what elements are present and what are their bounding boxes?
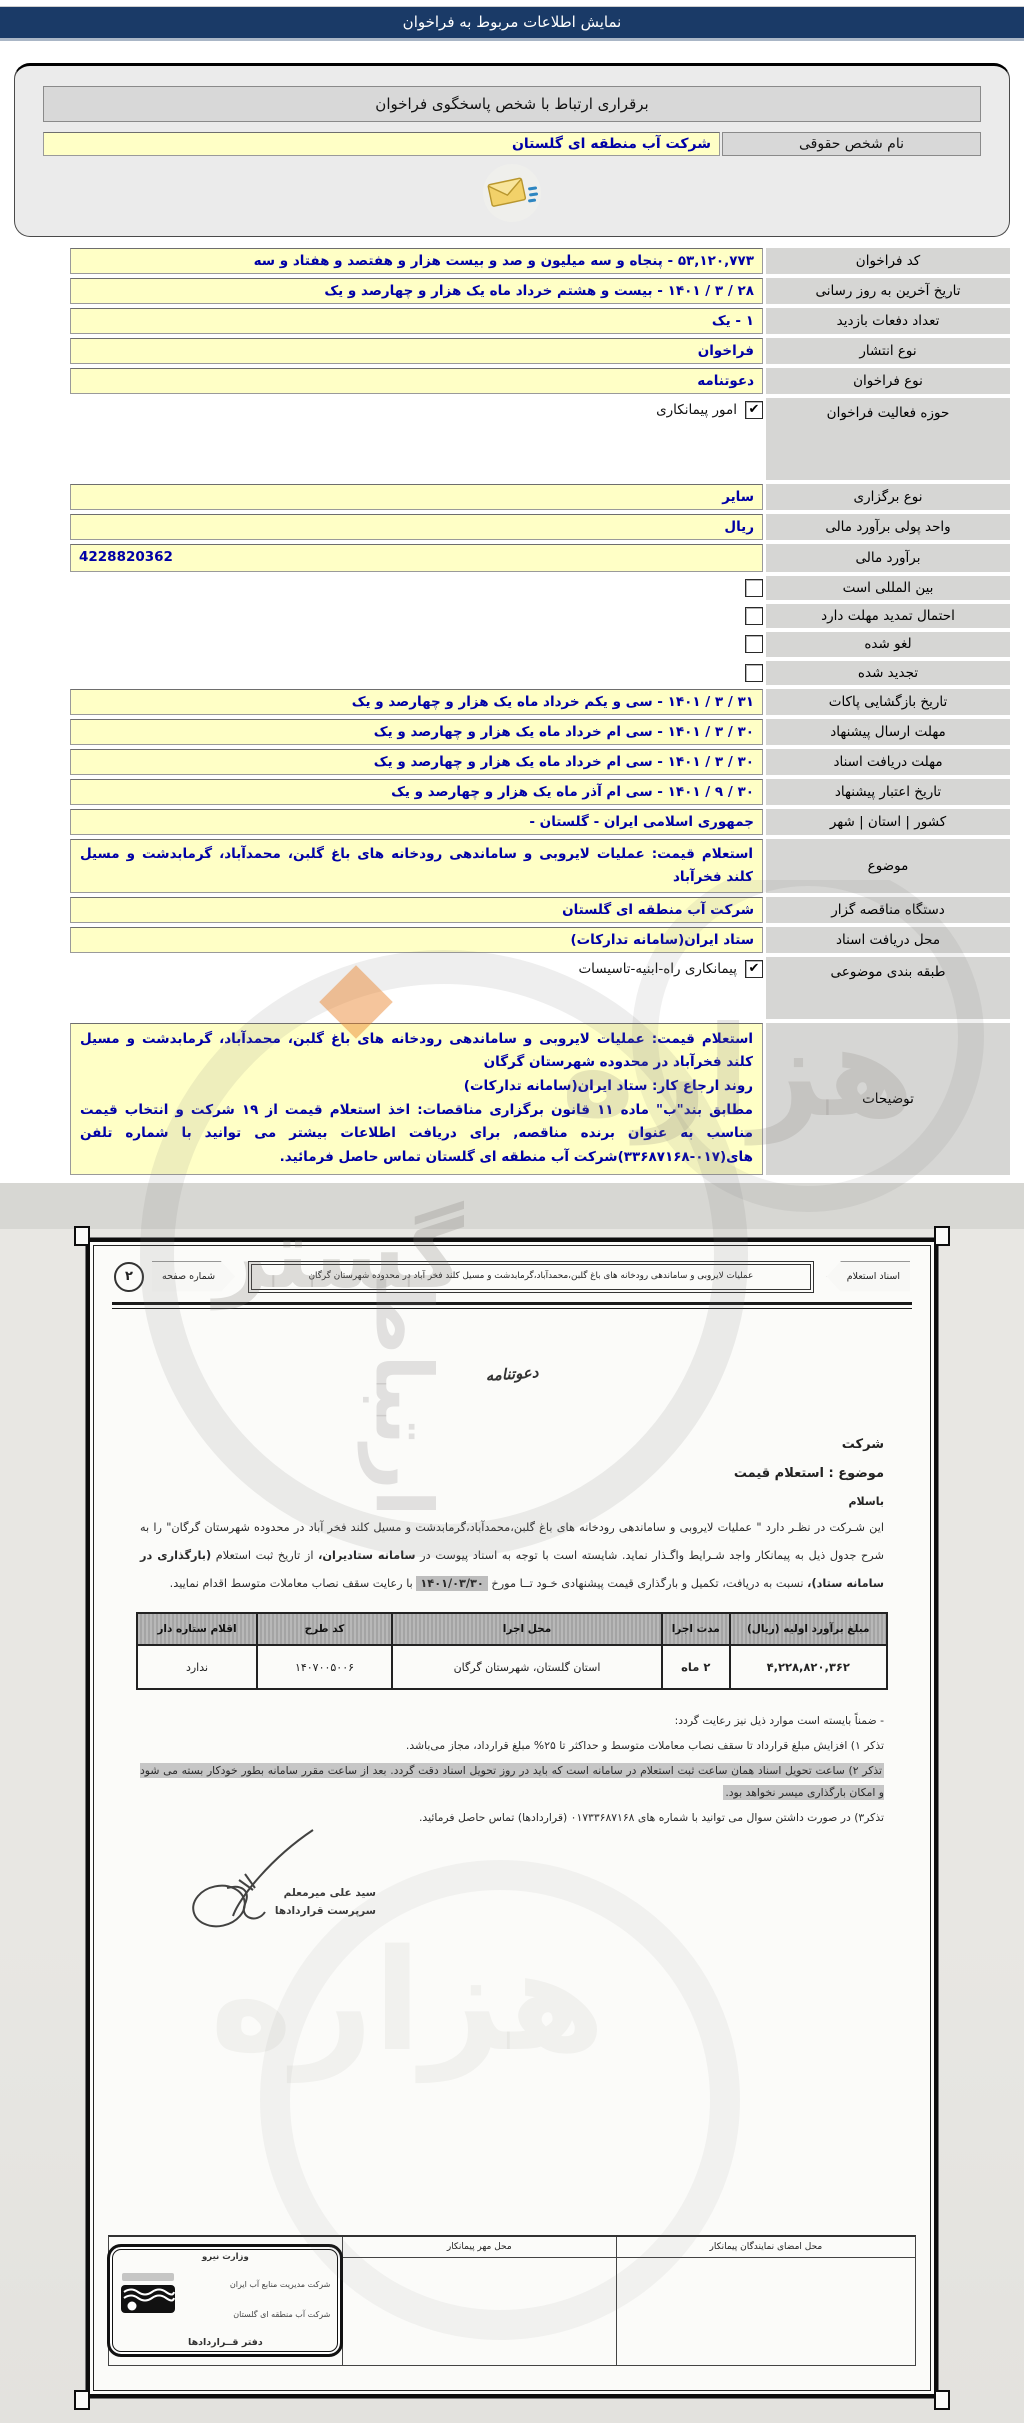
field-row-visit-count: تعداد دفعات بازدید ۱ - یک bbox=[70, 308, 1010, 334]
field-row-document-deadline: مهلت دریافت اسناد ۳۰ / ۳ / ۱۴۰۱ - سی ام … bbox=[70, 749, 1010, 775]
activity-area-checkbox[interactable] bbox=[745, 401, 763, 419]
col-duration: مدت اجرا bbox=[662, 1613, 730, 1645]
mail-envelope-icon bbox=[484, 169, 540, 217]
field-label: کشور | استان | شهر bbox=[766, 809, 1010, 835]
representatives-signature-header: محل امضای نمایندگان پیمانکار bbox=[617, 2237, 915, 2258]
field-row-publication-type: نوع انتشار فراخوان bbox=[70, 338, 1010, 364]
field-value[interactable]: استعلام قیمت: عملیات لایروبی و ساماندهی … bbox=[70, 1023, 763, 1175]
field-row-currency-unit: واحد پولی برآورد مالی ریال bbox=[70, 514, 1010, 540]
checkbox-wrap bbox=[745, 604, 763, 628]
mail-icon-wrap bbox=[43, 164, 981, 222]
contractor-seal-cell: محل مهر پیمانکار bbox=[343, 2237, 617, 2365]
field-row-proposal-deadline: مهلت ارسال پیشنهاد ۳۰ / ۳ / ۱۴۰۱ - سی ام… bbox=[70, 719, 1010, 745]
field-row-subject: موضوع استعلام قیمت: عملیات لایروبی و سام… bbox=[70, 839, 1010, 893]
signatory: سید علی میرمعلم سرپرست قراردادها bbox=[275, 1884, 376, 1922]
contact-panel-header: برقراری ارتباط با شخص پاسخگوی فراخوان bbox=[43, 86, 981, 122]
field-row-activity-area: حوزه فعالیت فراخوان امور پیمانکاری bbox=[70, 398, 1010, 480]
field-value[interactable]: جمهوری اسلامی ایران - گلستان - bbox=[70, 809, 763, 835]
checkbox-wrap bbox=[745, 661, 763, 685]
field-label: طبقه بندی موضوعی bbox=[766, 957, 1010, 1019]
agency-stamp-box: وزارت نیرو شرکت مدیریت منابع آب ایران شر… bbox=[107, 2244, 343, 2357]
contractor-seal-header: محل مهر پیمانکار bbox=[343, 2237, 616, 2258]
col-location: محل اجرا bbox=[392, 1613, 662, 1645]
field-label: واحد پولی برآورد مالی bbox=[766, 514, 1010, 540]
note-1: تذکر ۱) افزایش مبلغ قرارداد تا سقف نصاب … bbox=[140, 1735, 884, 1758]
col-plan-code: کد طرح bbox=[257, 1613, 392, 1645]
field-label: احتمال تمدید مهلت دارد bbox=[766, 604, 1010, 628]
signatory-title: سرپرست قراردادها bbox=[275, 1902, 376, 1921]
field-row-renewed: تجدید شده bbox=[70, 661, 1010, 685]
field-label: نوع فراخوان bbox=[766, 368, 1010, 394]
water-company-logo bbox=[120, 2273, 176, 2317]
letter-body-part: از تاریخ ثبت استعلام bbox=[211, 1549, 318, 1562]
field-label: تعداد دفعات بازدید bbox=[766, 308, 1010, 334]
estimate-table-data-row: ۴,۲۲۸,۸۲۰,۳۶۲ ۲ ماه استان گلستان، شهرستا… bbox=[137, 1645, 887, 1689]
contact-panel: برقراری ارتباط با شخص پاسخگوی فراخوان نا… bbox=[14, 63, 1010, 237]
doc-title-box: عملیات لایروبی و ساماندهی رودخانه های با… bbox=[251, 1264, 811, 1290]
representatives-signature-cell: محل امضای نمایندگان پیمانکار bbox=[617, 2237, 915, 2365]
call-info-form: کد فراخوان ۵۳,۱۲۰,۷۷۳ - پنجاه و سه میلیو… bbox=[70, 248, 1010, 1179]
handwritten-invitation-title: دعوتنامه bbox=[112, 1337, 911, 1411]
cell-initial-estimate: ۴,۲۲۸,۸۲۰,۳۶۲ bbox=[730, 1645, 888, 1689]
field-label: تاریخ آخرین به روز رسانی bbox=[766, 278, 1010, 304]
cell-plan-code: ۱۴۰۷۰۰۵۰۰۶ bbox=[257, 1645, 392, 1689]
scanned-letter-page: اسناد استعلام عملیات لایروبی و ساماندهی … bbox=[93, 1245, 931, 2391]
field-value[interactable]: ۳۰ / ۹ / ۱۴۰۱ - سی ام آذر ماه یک هزار و … bbox=[70, 779, 763, 805]
legal-person-value[interactable]: شرکت آب منطقه ای گلستان bbox=[43, 132, 720, 156]
legal-person-row: نام شخص حقوقی شرکت آب منطقه ای گلستان bbox=[43, 132, 981, 156]
letter-body-part: نسبت به دریافت، تکمیل و بارگذاری قیمت پی… bbox=[488, 1577, 807, 1590]
page-number-circle: ۲ bbox=[114, 1262, 144, 1292]
field-label: مهلت دریافت اسناد bbox=[766, 749, 1010, 775]
col-starred-items: اقلام ستاره دار bbox=[137, 1613, 257, 1645]
field-row-call-code: کد فراخوان ۵۳,۱۲۰,۷۷۳ - پنجاه و سه میلیو… bbox=[70, 248, 1010, 274]
field-value[interactable]: فراخوان bbox=[70, 338, 763, 364]
activity-area-option-label: امور پیمانکاری bbox=[656, 401, 737, 418]
field-label: توضیحات bbox=[766, 1023, 1010, 1175]
field-value[interactable]: ۳۰ / ۳ / ۱۴۰۱ - سی ام خرداد ماه یک هزار … bbox=[70, 719, 763, 745]
field-value[interactable]: ۳۰ / ۳ / ۱۴۰۱ - سی ام خرداد ماه یک هزار … bbox=[70, 749, 763, 775]
letter-salutation: باسلام bbox=[140, 1495, 884, 1508]
field-row-call-type: نوع فراخوان دعوتنامه bbox=[70, 368, 1010, 394]
field-row-extension-possible: احتمال تمدید مهلت دارد bbox=[70, 604, 1010, 628]
subject-classification-option: پیمانکاری راه-ابنیه-تاسیسات bbox=[578, 957, 763, 1019]
note-3: تذکر۳) در صورت داشتن سوال می توانید با ش… bbox=[140, 1807, 884, 1830]
estimate-table-header-row: مبلغ برآورد اولیه (ریال) مدت اجرا محل اج… bbox=[137, 1613, 887, 1645]
contractor-seal-space bbox=[343, 2258, 616, 2365]
field-row-descriptions: توضیحات استعلام قیمت: عملیات لایروبی و س… bbox=[70, 1023, 1010, 1175]
field-value[interactable]: ۲۸ / ۳ / ۱۴۰۱ - بیست و هشتم خرداد ماه یک… bbox=[70, 278, 763, 304]
note-2: تذکر ۲) ساعت تحویل اسناد همان ساعت ثبت ا… bbox=[140, 1760, 884, 1805]
representatives-signature-space bbox=[617, 2258, 915, 2365]
notes-intro: - ضمناً بایسته است موارد ذیل نیز رعایت گ… bbox=[140, 1710, 884, 1733]
field-value[interactable]: 4228820362 bbox=[70, 544, 763, 572]
subject-classification-checkbox[interactable] bbox=[745, 960, 763, 978]
field-label: کد فراخوان bbox=[766, 248, 1010, 274]
field-label: تاریخ بازگشایی پاکات bbox=[766, 689, 1010, 715]
doc-type-tag: اسناد استعلام bbox=[827, 1262, 910, 1292]
letter-notes: - ضمناً بایسته است موارد ذیل نیز رعایت گ… bbox=[140, 1708, 884, 1829]
field-value[interactable]: شرکت آب منطقه ای گلستان bbox=[70, 897, 763, 923]
corner-mark bbox=[74, 1226, 90, 1246]
field-label: موضوع bbox=[766, 839, 1010, 893]
field-label: نوع برگزاری bbox=[766, 484, 1010, 510]
extension-possible-checkbox[interactable] bbox=[745, 607, 763, 625]
field-value[interactable]: ۵۳,۱۲۰,۷۷۳ - پنجاه و سه میلیون و صد و بی… bbox=[70, 248, 763, 274]
field-label: لغو شده bbox=[766, 632, 1010, 656]
corner-mark bbox=[74, 2390, 90, 2410]
estimate-table: مبلغ برآورد اولیه (ریال) مدت اجرا محل اج… bbox=[136, 1612, 888, 1690]
cell-duration: ۲ ماه bbox=[662, 1645, 730, 1689]
col-initial-estimate: مبلغ برآورد اولیه (ریال) bbox=[730, 1613, 888, 1645]
cell-location: استان گلستان، شهرستان گرگان bbox=[392, 1645, 662, 1689]
letter-deadline-date: ۱۴۰۱/۰۳/۳۰ bbox=[416, 1576, 487, 1591]
letter-subject-line: موضوع : استعلام قیمت bbox=[140, 1466, 884, 1481]
send-mail-button[interactable] bbox=[483, 164, 541, 222]
signatory-name: سید علی میرمعلم bbox=[275, 1884, 376, 1903]
field-value[interactable]: ستاد ایران(سامانه تدارکات) bbox=[70, 927, 763, 953]
letter-body: این شـرکت در نظـر دارد " عملیات لایروبی … bbox=[140, 1514, 884, 1599]
cell-starred-items: ندارد bbox=[137, 1645, 257, 1689]
field-label: تجدید شده bbox=[766, 661, 1010, 685]
is-international-checkbox[interactable] bbox=[745, 579, 763, 597]
checkbox-wrap bbox=[745, 632, 763, 656]
cancelled-checkbox[interactable] bbox=[745, 635, 763, 653]
scanned-document-area: اسناد استعلام عملیات لایروبی و ساماندهی … bbox=[0, 1183, 1024, 2423]
field-label: محل دریافت اسناد bbox=[766, 927, 1010, 953]
renewed-checkbox[interactable] bbox=[745, 664, 763, 682]
field-row-last-update-date: تاریخ آخرین به روز رسانی ۲۸ / ۳ / ۱۴۰۱ -… bbox=[70, 278, 1010, 304]
top-strip bbox=[0, 0, 1024, 7]
agency-stamp-cell: وزارت نیرو شرکت مدیریت منابع آب ایران شر… bbox=[109, 2237, 343, 2365]
field-label: مهلت ارسال پیشنهاد bbox=[766, 719, 1010, 745]
letter-body-part: سامانه ستادیران، bbox=[318, 1549, 415, 1562]
blank-space bbox=[112, 1942, 912, 2235]
legal-person-label: نام شخص حقوقی bbox=[722, 132, 981, 156]
field-label: دستگاه مناقصه گزار bbox=[766, 897, 1010, 923]
corner-mark bbox=[934, 1226, 950, 1246]
field-row-holding-type: نوع برگزاری سایر bbox=[70, 484, 1010, 510]
double-rule bbox=[112, 1302, 912, 1309]
field-value[interactable]: ۱ - یک bbox=[70, 308, 763, 334]
letter-footer-table: محل امضای نمایندگان پیمانکار محل مهر پیم… bbox=[108, 2235, 916, 2366]
stamp-ministry-line: وزارت نیرو bbox=[120, 2252, 330, 2262]
field-value[interactable]: ۳۱ / ۳ / ۱۴۰۱ - سی و یکم خرداد ماه یک هز… bbox=[70, 689, 763, 715]
field-row-proposal-validity-date: تاریخ اعتبار پیشنهاد ۳۰ / ۹ / ۱۴۰۱ - سی … bbox=[70, 779, 1010, 805]
letter-header-band: اسناد استعلام عملیات لایروبی و ساماندهی … bbox=[114, 1262, 910, 1292]
page-title: نمایش اطلاعات مربوط به فراخوان bbox=[0, 7, 1024, 41]
field-label: برآورد مالی bbox=[766, 544, 1010, 572]
signature-block: سید علی میرمعلم سرپرست قراردادها bbox=[146, 1832, 386, 1942]
field-row-is-international: بین المللی است bbox=[70, 576, 1010, 600]
field-row-subject-classification: طبقه بندی موضوعی پیمانکاری راه-ابنیه-تاس… bbox=[70, 957, 1010, 1019]
letter-body-part: با رعایت سقف نصاب معاملات متوسط اقدام نم… bbox=[170, 1577, 417, 1590]
field-value[interactable]: دعوتنامه bbox=[70, 368, 763, 394]
field-row-document-receipt-place: محل دریافت اسناد ستاد ایران(سامانه تدارک… bbox=[70, 927, 1010, 953]
field-label: تاریخ اعتبار پیشنهاد bbox=[766, 779, 1010, 805]
field-value[interactable]: سایر bbox=[70, 484, 763, 510]
letter-company-line: شرکت bbox=[140, 1437, 884, 1452]
field-row-tendering-agency: دستگاه مناقصه گزار شرکت آب منطقه ای گلست… bbox=[70, 897, 1010, 923]
field-row-cancelled: لغو شده bbox=[70, 632, 1010, 656]
call-info-page: { "page_title": "نمایش اطلاعات مربوط به … bbox=[0, 0, 1024, 2423]
stamp-office-line: دفتر قــراردادها bbox=[120, 2337, 330, 2348]
field-row-financial-estimate: برآورد مالی 4228820362 bbox=[70, 544, 1010, 572]
field-value[interactable]: استعلام قیمت: عملیات لایروبی و ساماندهی … bbox=[70, 839, 763, 893]
field-label: حوزه فعالیت فراخوان bbox=[766, 398, 1010, 480]
field-value[interactable]: ریال bbox=[70, 514, 763, 540]
page-number-tag: شماره صفحه bbox=[152, 1262, 235, 1292]
note-2-text: تذکر ۲) ساعت تحویل اسناد همان ساعت ثبت ا… bbox=[140, 1763, 884, 1801]
subject-classification-option-label: پیمانکاری راه-ابنیه-تاسیسات bbox=[578, 960, 737, 977]
field-label: بین المللی است bbox=[766, 576, 1010, 600]
activity-area-option: امور پیمانکاری bbox=[656, 398, 763, 480]
checkbox-wrap bbox=[745, 576, 763, 600]
field-label: نوع انتشار bbox=[766, 338, 1010, 364]
field-row-country-province-city: کشور | استان | شهر جمهوری اسلامی ایران -… bbox=[70, 809, 1010, 835]
corner-mark bbox=[934, 2390, 950, 2410]
field-row-envelope-opening-date: تاریخ بازگشایی پاکات ۳۱ / ۳ / ۱۴۰۱ - سی … bbox=[70, 689, 1010, 715]
